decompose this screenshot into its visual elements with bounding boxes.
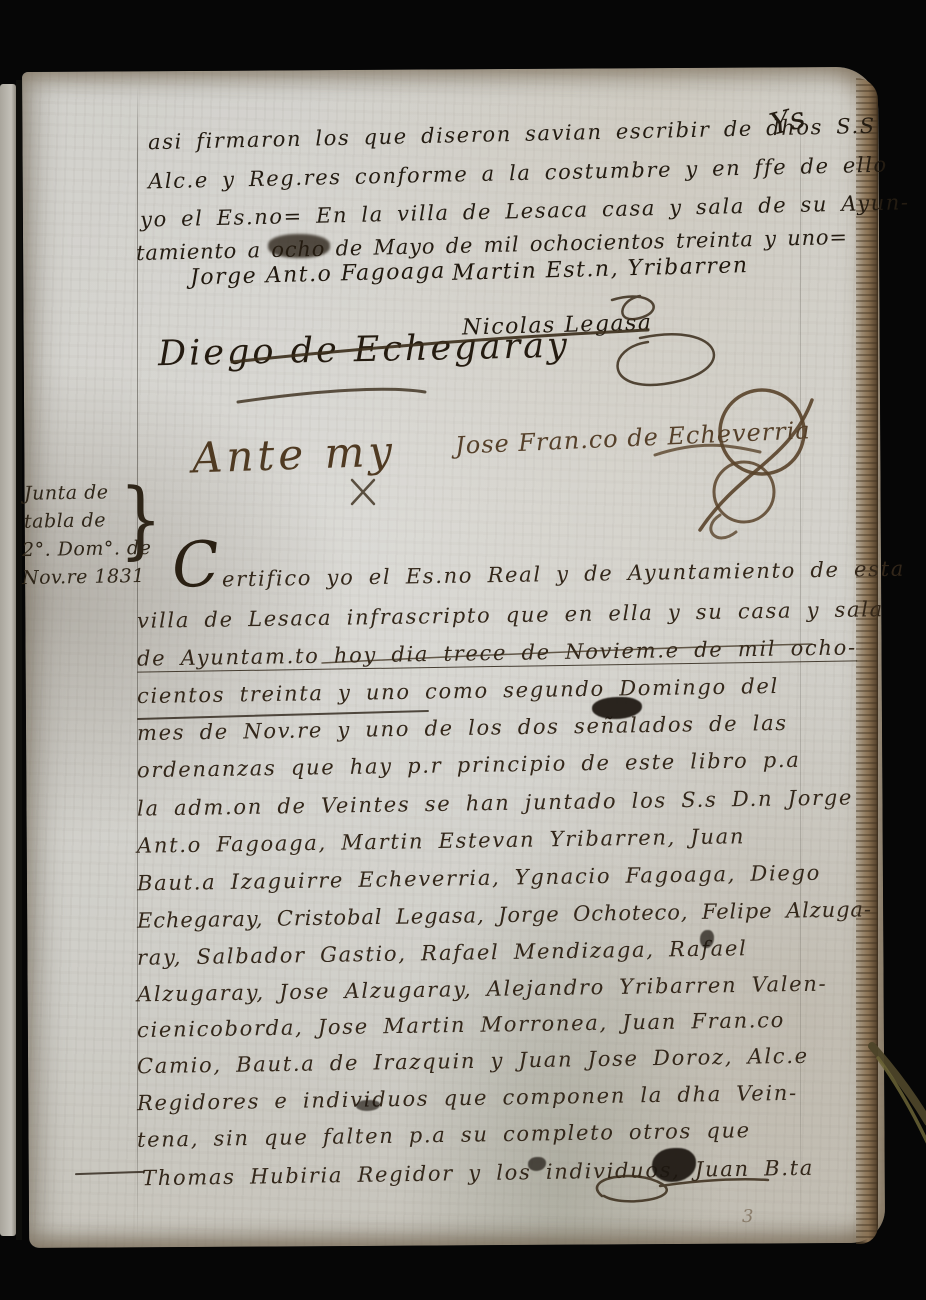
ante-my-label: Ante my (191, 426, 397, 482)
margin-note-brace: } (119, 470, 162, 568)
margin-note-line: Junta de (24, 481, 109, 504)
previous-page-edge (0, 84, 16, 1236)
manuscript-photo: asi firmaron los que diseron savian escr… (0, 0, 926, 1300)
folio-number: 3 (742, 1206, 753, 1227)
book-block-edge (856, 78, 878, 1244)
margin-note-line: tabla de (24, 509, 106, 532)
margin-note-line: Nov.re 1831 (22, 565, 145, 589)
ink-overwrite-smudge (268, 234, 330, 258)
body-initial-capital: C (170, 526, 222, 602)
gutter-shadow (16, 80, 22, 1240)
